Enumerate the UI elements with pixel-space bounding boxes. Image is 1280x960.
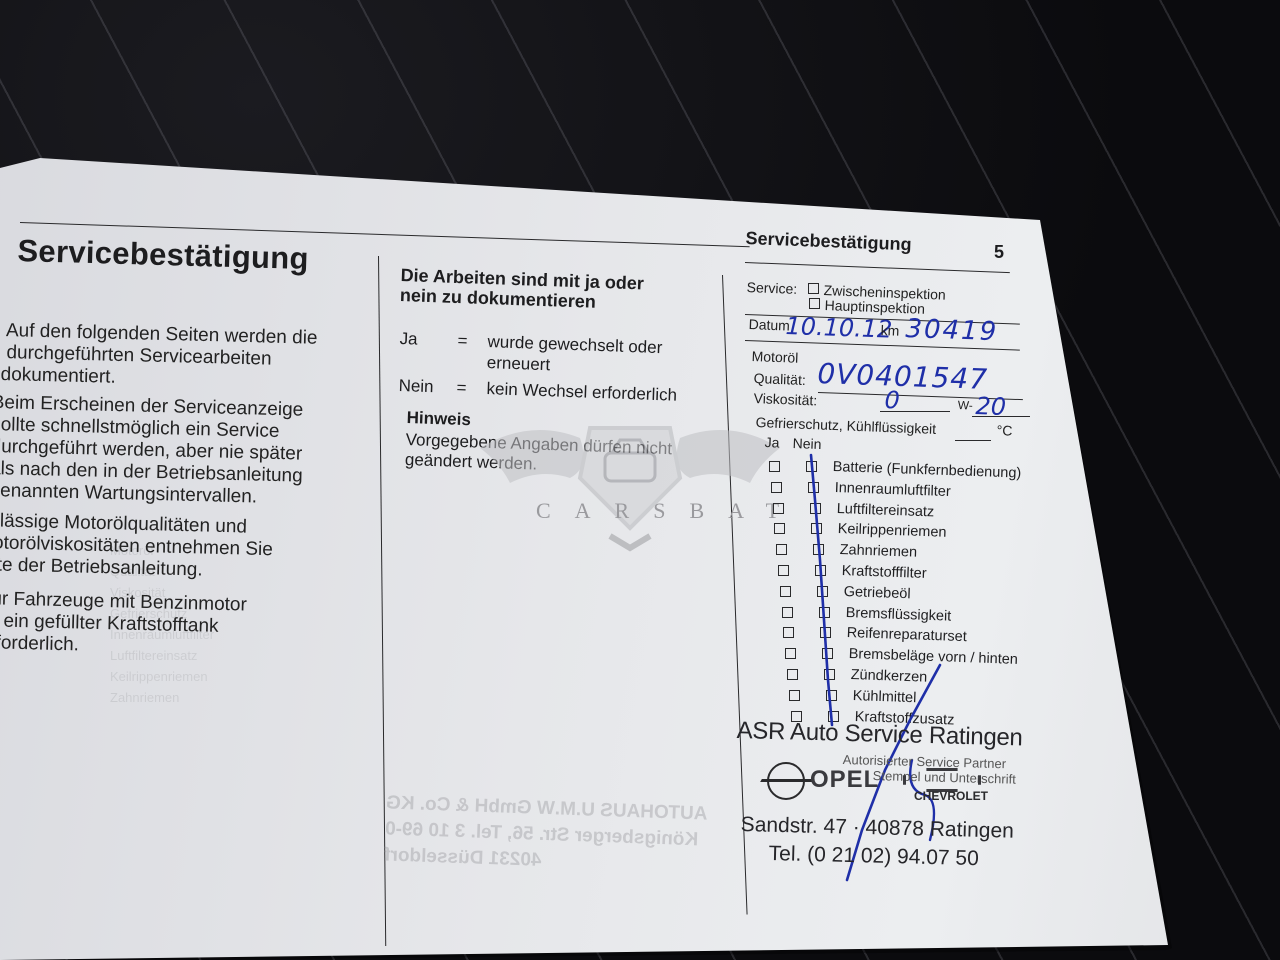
instructions-heading: Die Arbeiten sind mit ja oder nein zu do… bbox=[400, 265, 645, 313]
viscosity-rule-2 bbox=[972, 416, 1030, 417]
intro-paragraph: Auf den folgenden Seiten werden die durc… bbox=[0, 320, 317, 394]
dealer-phone: Tel. (0 21 02) 94.07 50 bbox=[768, 842, 979, 871]
checkbox-ja[interactable] bbox=[774, 523, 785, 534]
checkbox-nein[interactable] bbox=[815, 565, 826, 576]
legend-no-value: kein Wechsel erforderlich bbox=[486, 378, 727, 407]
checklist-item-label: Batterie (Funkfernbedienung) bbox=[832, 459, 1021, 482]
checklist-item-label: Keilrippenriemen bbox=[838, 521, 947, 541]
dealer-address: Sandstr. 47 · 40878 Ratingen bbox=[740, 813, 1014, 844]
col-no-header: Nein bbox=[792, 435, 821, 452]
checkbox-ja[interactable] bbox=[782, 607, 793, 618]
page-number: 5 bbox=[994, 242, 1004, 263]
legend-no-key: Nein bbox=[398, 375, 434, 397]
checkbox-nein[interactable] bbox=[824, 669, 835, 680]
opel-brand: OPEL bbox=[810, 766, 879, 794]
opel-logo-icon bbox=[767, 762, 805, 800]
left-page-title: Servicebestätigung bbox=[17, 233, 309, 277]
chevrolet-brand: CHEVROLET bbox=[914, 789, 988, 803]
checklist-item-label: Zündkerzen bbox=[850, 667, 927, 686]
mirrored-stamp-imprint: AUTOHAUS U.M.W GmbH & Co. KG Königsberge… bbox=[384, 790, 708, 879]
checkbox-ja[interactable] bbox=[780, 586, 791, 597]
checklist-item-label: Bremsbeläge vorn / hinten bbox=[849, 646, 1019, 668]
legend-yes-eq: = bbox=[457, 330, 468, 351]
service-main-checkbox[interactable] bbox=[809, 298, 820, 309]
date-label: Datum bbox=[748, 316, 790, 334]
viscosity-rule-1 bbox=[880, 411, 950, 412]
legend-no-eq: = bbox=[456, 377, 467, 398]
checkbox-ja[interactable] bbox=[776, 544, 787, 555]
car-shield-bat-icon bbox=[470, 408, 790, 558]
checkbox-ja[interactable] bbox=[778, 565, 789, 576]
legend-yes-value: wurde gewechselt oder erneuert bbox=[486, 331, 727, 381]
engine-oil-label: Motoröl bbox=[751, 348, 798, 366]
checkbox-nein[interactable] bbox=[810, 503, 821, 514]
service-indicator-paragraph: Beim Erscheinen der Serviceanzeige sollt… bbox=[0, 392, 305, 510]
col-yes-header: Ja bbox=[764, 434, 779, 451]
km-label: km bbox=[880, 322, 899, 339]
date-value[interactable]: 10.10.12 bbox=[785, 312, 893, 344]
bleed-through-text: Motoröl Qualität Viskosität Gefrierschut… bbox=[110, 540, 214, 708]
watermark-text: CARSBAT bbox=[536, 498, 803, 524]
checkbox-ja[interactable] bbox=[789, 690, 800, 701]
top-rule-right bbox=[745, 262, 1010, 273]
checkbox-nein[interactable] bbox=[808, 482, 819, 493]
checkbox-nein[interactable] bbox=[822, 648, 833, 659]
booklet-content: Servicebestätigung Auf den folgenden Sei… bbox=[0, 0, 1280, 960]
checklist-item-label: Kühlmittel bbox=[852, 688, 916, 706]
service-label: Service: bbox=[746, 279, 797, 297]
legend-yes: Ja = wurde gewechselt oder erneuert bbox=[398, 328, 719, 383]
checkbox-nein[interactable] bbox=[811, 523, 822, 534]
quality-value[interactable]: 0V0401547 bbox=[817, 357, 989, 396]
checkbox-nein[interactable] bbox=[817, 586, 828, 597]
checkbox-nein[interactable] bbox=[820, 627, 831, 638]
checkbox-nein[interactable] bbox=[826, 690, 837, 701]
checklist-item-label: Kraftstofffilter bbox=[841, 563, 926, 582]
checkbox-ja[interactable] bbox=[785, 648, 796, 659]
checkbox-ja[interactable] bbox=[787, 669, 798, 680]
service-intermediate-checkbox[interactable] bbox=[808, 283, 819, 294]
checklist-item-label: Bremsflüssigkeit bbox=[845, 605, 951, 625]
legend-yes-key: Ja bbox=[399, 328, 418, 350]
checklist-item-label: Innenraumluftfilter bbox=[834, 480, 951, 500]
checkbox-nein[interactable] bbox=[819, 607, 830, 618]
km-value[interactable]: 30419 bbox=[905, 314, 999, 347]
note-title: Hinweis bbox=[406, 408, 471, 430]
checkbox-nein[interactable] bbox=[813, 544, 824, 555]
checklist-item-label: Zahnriemen bbox=[840, 542, 918, 561]
checkbox-ja[interactable] bbox=[771, 482, 782, 493]
dealer-name: ASR Auto Service Ratingen bbox=[736, 717, 1023, 752]
checkbox-ja[interactable] bbox=[783, 627, 794, 638]
viscosity-label: Viskosität: bbox=[753, 390, 817, 408]
checkbox-ja[interactable] bbox=[769, 461, 780, 472]
checklist-item-label: Getriebeöl bbox=[843, 584, 910, 602]
checklist-item-label: Luftfiltereinsatz bbox=[836, 501, 934, 520]
right-page-header: Servicebestätigung bbox=[745, 228, 912, 255]
viscosity-w-label: W- bbox=[957, 398, 973, 413]
checklist-item-label: Reifenreparaturset bbox=[847, 625, 968, 645]
checkbox-ja[interactable] bbox=[773, 503, 784, 514]
checkbox-nein[interactable] bbox=[806, 461, 817, 472]
antifreeze-rule bbox=[955, 440, 991, 441]
antifreeze-unit: °C bbox=[996, 422, 1012, 439]
quality-label: Qualität: bbox=[753, 370, 806, 388]
